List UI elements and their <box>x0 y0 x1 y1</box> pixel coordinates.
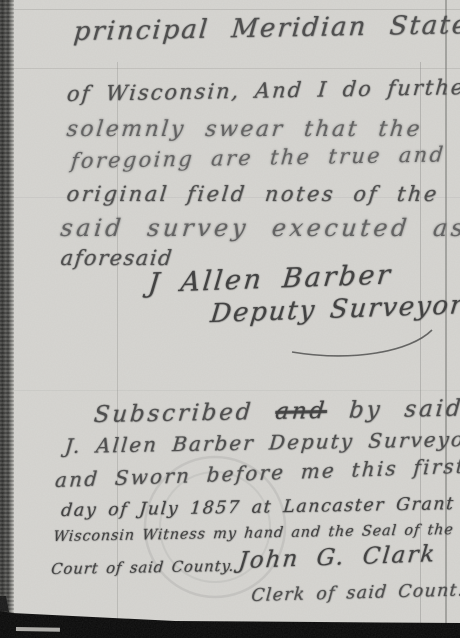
scan-edge-shadow <box>0 0 460 638</box>
scanned-document-page: principal Meridian State of Wisconsin, A… <box>0 0 460 638</box>
